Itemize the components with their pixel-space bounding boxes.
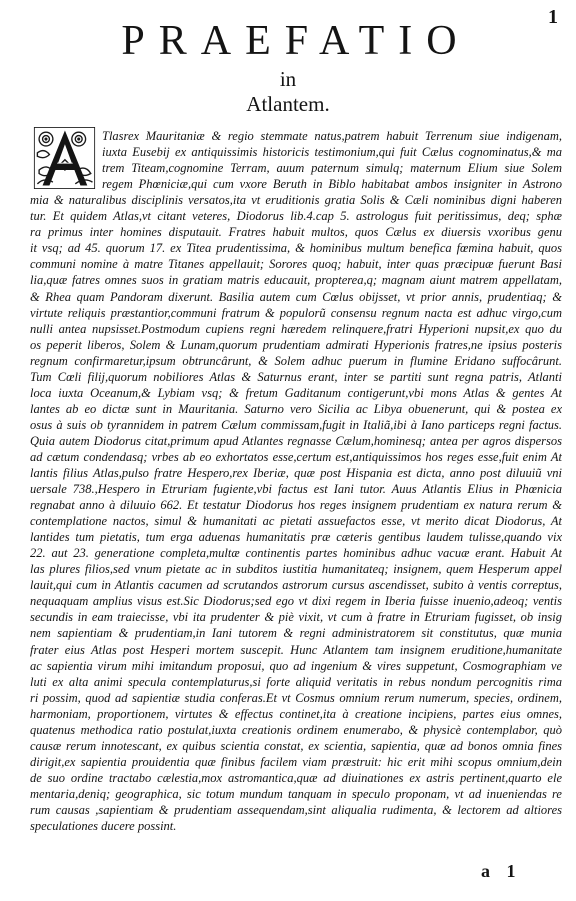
text-line: trem Titeam,cognomine Terram, auum pater… (102, 160, 562, 176)
text-line: causæ rerum innotescant, ex quibus scien… (30, 738, 562, 754)
text-line: harmoniam, proportionem, virtutes & effe… (30, 706, 562, 722)
text-line: tur. Et quidem Atlas,vt citant veteres, … (30, 208, 562, 224)
text-line: & Rhea quam Pandoram dixerunt. Basilia a… (30, 289, 562, 305)
text-line: loca iuxta Oceanum,& Lybiam vsq; & fretu… (30, 385, 562, 401)
text-line: mentaria,deniq; geographica, sic totum m… (30, 786, 562, 802)
text-line: contemplatione nactos, simul & humanitat… (30, 513, 562, 529)
text-line: frater eius Atlas post Hesperi mortem su… (30, 642, 562, 658)
text-line: Quia autem Diodorus citat,primum apud At… (30, 433, 562, 449)
text-line: lantes ab eo dictæ sunt in Mauritania. S… (30, 401, 562, 417)
text-line: nequaquam amplius visus est.Sic Diodorus… (30, 593, 562, 609)
text-line: regem Phœniciæ,qui cum vxore Beruth in B… (102, 176, 562, 192)
subtitle-in: in (0, 67, 576, 91)
text-line: ac sapientia virum mihi imitandum propos… (30, 658, 562, 674)
book-page: 1 PRAEFATIO in Atlantem. (0, 0, 576, 901)
text-line: nulli antea nupsisset.Postmodum cupiens … (30, 321, 562, 337)
text-line: mia & naturalibus disciplinis versatos,i… (30, 192, 562, 208)
text-line: Tlasrex Mauritaniæ & regio stemmate natu… (102, 128, 562, 144)
text-line: nem sapientiam & prudentiam,in Iani tuto… (30, 625, 562, 641)
text-line: uersale 738.,Hespero in Etruriam fugient… (30, 481, 562, 497)
text-line: dirigit,ex sapientia prouidentia quæ fin… (30, 754, 562, 770)
text-line: lauit,qui cum in Atlantis cacumen ad scr… (30, 577, 562, 593)
text-line: osus à suis ob tyrannidem in patrem Cælu… (30, 417, 562, 433)
text-line: regnum confirmaretur,ipsum obtruncârunt,… (30, 353, 562, 369)
text-line: quatenus methodica ratio postulat,iuxta … (30, 722, 562, 738)
text-line: os peperit liberos, Solem & Lunam,quorum… (30, 337, 562, 353)
text-line: speculationes ducere possint. (30, 818, 562, 834)
subtitle-atlantem: Atlantem. (0, 92, 576, 116)
text-line: ra primus inter homines disputauit. Frat… (30, 224, 562, 240)
text-line: it vsq; ad 45. quorum 17. ex Titea prude… (30, 240, 562, 256)
text-line: las plures filios,sed vnum pietate ac in… (30, 561, 562, 577)
text-line: luti ex alta animi specula contemplaturu… (30, 674, 562, 690)
text-line: lia,quæ fatres omnes suos in gratiam mat… (30, 272, 562, 288)
text-line: communi nomine à matre Titanes appellaui… (30, 256, 562, 272)
signature-mark: a 1 (481, 861, 522, 882)
text-line: ri possim, quod ad sapientiæ studia conf… (30, 690, 562, 706)
text-line: Tum Cœli filij,quorum nobiliores Atlas &… (30, 369, 562, 385)
text-line: secundis in eam traiecisse, vbi ita prud… (30, 609, 562, 625)
text-line: iuxta Eusebij ex antiquissimis historici… (102, 144, 562, 160)
text-line: lantis filius Atlas,pulso fratre Hespero… (30, 465, 562, 481)
text-line: ad cætum condendasq; vrbes ab eo exhorta… (30, 449, 562, 465)
text-line: virtute reliquis præstantior,communi fra… (30, 305, 562, 321)
text-line: de suo ordine tractabo cælestia,mox astr… (30, 770, 562, 786)
text-line: 22. aut 23. generatione completa,multæ c… (30, 545, 562, 561)
text-line: lantides tum pietatis, tum erga aduenas … (30, 529, 562, 545)
text-line: rum causas ,sapientiam & prudentiam asse… (30, 802, 562, 818)
ornamental-initial-A-icon (29, 127, 100, 189)
text-line: regnabat anno à diluuio 662. Et testatur… (30, 497, 562, 513)
page-title: PRAEFATIO (0, 18, 576, 64)
